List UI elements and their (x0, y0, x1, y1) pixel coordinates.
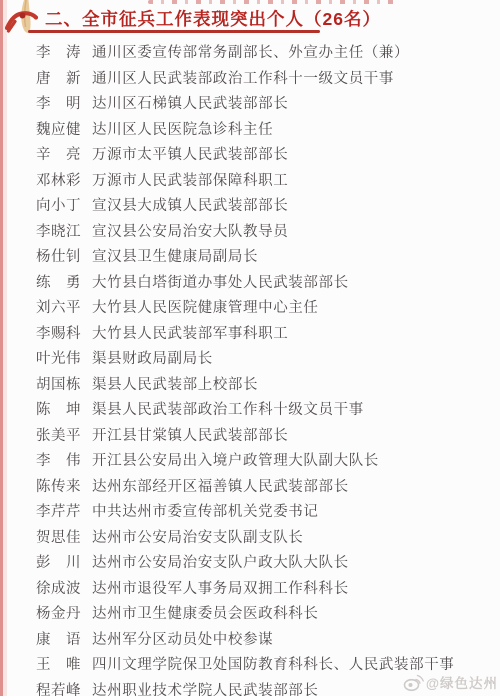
awardee-position: 宣汉县公安局治安大队教导员 (92, 220, 494, 241)
awardee-name: 胡国栋 (36, 373, 92, 394)
list-item: 辛 亮 万源市太平镇人民武装部部长 (36, 141, 494, 167)
awardee-position: 中共达州市委宣传部机关党委书记 (92, 500, 494, 521)
list-item: 练 勇 大竹县白塔街道办事处人民武装部部长 (36, 269, 494, 295)
awardee-name: 练 勇 (36, 271, 92, 292)
list-item: 陈传来 达州东部经开区福善镇人民武装部部长 (36, 473, 494, 499)
cropped-text-remnant (148, 0, 400, 4)
awardee-name: 唐 新 (36, 67, 92, 88)
section-title-underline (28, 30, 320, 33)
awardee-position: 大竹县人民医院健康管理中心主任 (92, 296, 494, 317)
list-item: 刘六平 大竹县人民医院健康管理中心主任 (36, 294, 494, 320)
ribbon-ornament-icon (5, 0, 45, 40)
awardee-name: 杨金丹 (36, 602, 92, 623)
list-item: 杨仕钊 宣汉县卫生健康局副局长 (36, 243, 494, 269)
list-item: 李芹芹 中共达州市委宣传部机关党委书记 (36, 498, 494, 524)
awardee-name: 邓林彩 (36, 169, 92, 190)
awardee-name: 李赐科 (36, 322, 92, 343)
awardee-position: 开江县公安局出入境户政管理大队副大队长 (92, 449, 494, 470)
awardee-name: 辛 亮 (36, 143, 92, 164)
list-item: 杨金丹 达州市卫生健康委员会医政科科长 (36, 600, 494, 626)
awardee-name: 徐成波 (36, 577, 92, 598)
list-item: 邓林彩 万源市人民武装部保障科职工 (36, 167, 494, 193)
awardee-position: 达州市卫生健康委员会医政科科长 (92, 602, 494, 623)
awardee-position: 渠县财政局副局长 (92, 347, 494, 368)
awardee-list: 李 涛 通川区委宣传部常务副部长、外宣办主任（兼） 唐 新 通川区人民武装部政治… (36, 39, 494, 696)
watermark: @绿色达州 (403, 672, 498, 692)
page-left-border-light (3, 0, 7, 696)
awardee-name: 王 唯 (36, 653, 92, 674)
awardee-position: 通川区委宣传部常务副部长、外宣办主任（兼） (92, 41, 494, 62)
list-item: 魏应健 达川区人民医院急诊科主任 (36, 116, 494, 142)
list-item: 徐成波 达州市退役军人事务局双拥工作科科长 (36, 575, 494, 601)
awardee-position: 渠县人民武装部上校部长 (92, 373, 494, 394)
awardee-position: 宣汉县大成镇人民武装部部长 (92, 194, 494, 215)
awardee-position: 大竹县白塔街道办事处人民武装部部长 (92, 271, 494, 292)
awardee-position: 达川区石梯镇人民武装部部长 (92, 92, 494, 113)
awardee-name: 李芹芹 (36, 500, 92, 521)
awardee-name: 向小丁 (36, 194, 92, 215)
watermark-handle: @绿色达州 (426, 672, 498, 692)
awardee-name: 陈 坤 (36, 398, 92, 419)
list-item: 李晓江 宣汉县公安局治安大队教导员 (36, 218, 494, 244)
awardee-name: 李 涛 (36, 41, 92, 62)
awardee-name: 叶光伟 (36, 347, 92, 368)
awardee-name: 彭 川 (36, 551, 92, 572)
awardee-name: 程若峰 (36, 679, 92, 696)
list-item: 叶光伟 渠县财政局副局长 (36, 345, 494, 371)
awardee-position: 万源市太平镇人民武装部部长 (92, 143, 494, 164)
awardee-name: 李 明 (36, 92, 92, 113)
awardee-position: 大竹县人民武装部军事科职工 (92, 322, 494, 343)
awardee-name: 贺思佳 (36, 526, 92, 547)
awardee-position: 达川区人民医院急诊科主任 (92, 118, 494, 139)
awardee-position: 万源市人民武装部保障科职工 (92, 169, 494, 190)
list-item: 康 语 达州军分区动员处中校参谋 (36, 626, 494, 652)
awardee-position: 达州市退役军人事务局双拥工作科科长 (92, 577, 494, 598)
list-item: 胡国栋 渠县人民武装部上校部长 (36, 371, 494, 397)
awardee-name: 陈传来 (36, 475, 92, 496)
awardee-position: 宣汉县卫生健康局副局长 (92, 245, 494, 266)
awardee-name: 魏应健 (36, 118, 92, 139)
list-item: 李赐科 大竹县人民武装部军事科职工 (36, 320, 494, 346)
awardee-name: 李晓江 (36, 220, 92, 241)
awardee-name: 康 语 (36, 628, 92, 649)
awardee-name: 刘六平 (36, 296, 92, 317)
awardee-position: 达州东部经开区福善镇人民武装部部长 (92, 475, 494, 496)
awardee-position: 达州市公安局治安支队副支队长 (92, 526, 494, 547)
list-item: 张美平 开江县甘棠镇人民武装部部长 (36, 422, 494, 448)
list-item: 贺思佳 达州市公安局治安支队副支队长 (36, 524, 494, 550)
list-item: 唐 新 通川区人民武装部政治工作科十一级文员干事 (36, 65, 494, 91)
weibo-icon (403, 673, 424, 692)
section-title: 二、全市征兵工作表现突出个人（26名） (45, 6, 381, 31)
awardee-position: 达州市公安局治安支队户政大队大队长 (92, 551, 494, 572)
awardee-name: 杨仕钊 (36, 245, 92, 266)
awardee-position: 开江县甘棠镇人民武装部部长 (92, 424, 494, 445)
awardee-name: 张美平 (36, 424, 92, 445)
list-item: 陈 坤 渠县人民武装部政治工作科十级文员干事 (36, 396, 494, 422)
list-item: 李 涛 通川区委宣传部常务副部长、外宣办主任（兼） (36, 39, 494, 65)
list-item: 彭 川 达州市公安局治安支队户政大队大队长 (36, 549, 494, 575)
awardee-position: 渠县人民武装部政治工作科十级文员干事 (92, 398, 494, 419)
awardee-position: 达州军分区动员处中校参谋 (92, 628, 494, 649)
list-item: 李 明 达川区石梯镇人民武装部部长 (36, 90, 494, 116)
awardee-name: 李 伟 (36, 449, 92, 470)
list-item: 向小丁 宣汉县大成镇人民武装部部长 (36, 192, 494, 218)
list-item: 李 伟 开江县公安局出入境户政管理大队副大队长 (36, 447, 494, 473)
awardee-position: 通川区人民武装部政治工作科十一级文员干事 (92, 67, 494, 88)
